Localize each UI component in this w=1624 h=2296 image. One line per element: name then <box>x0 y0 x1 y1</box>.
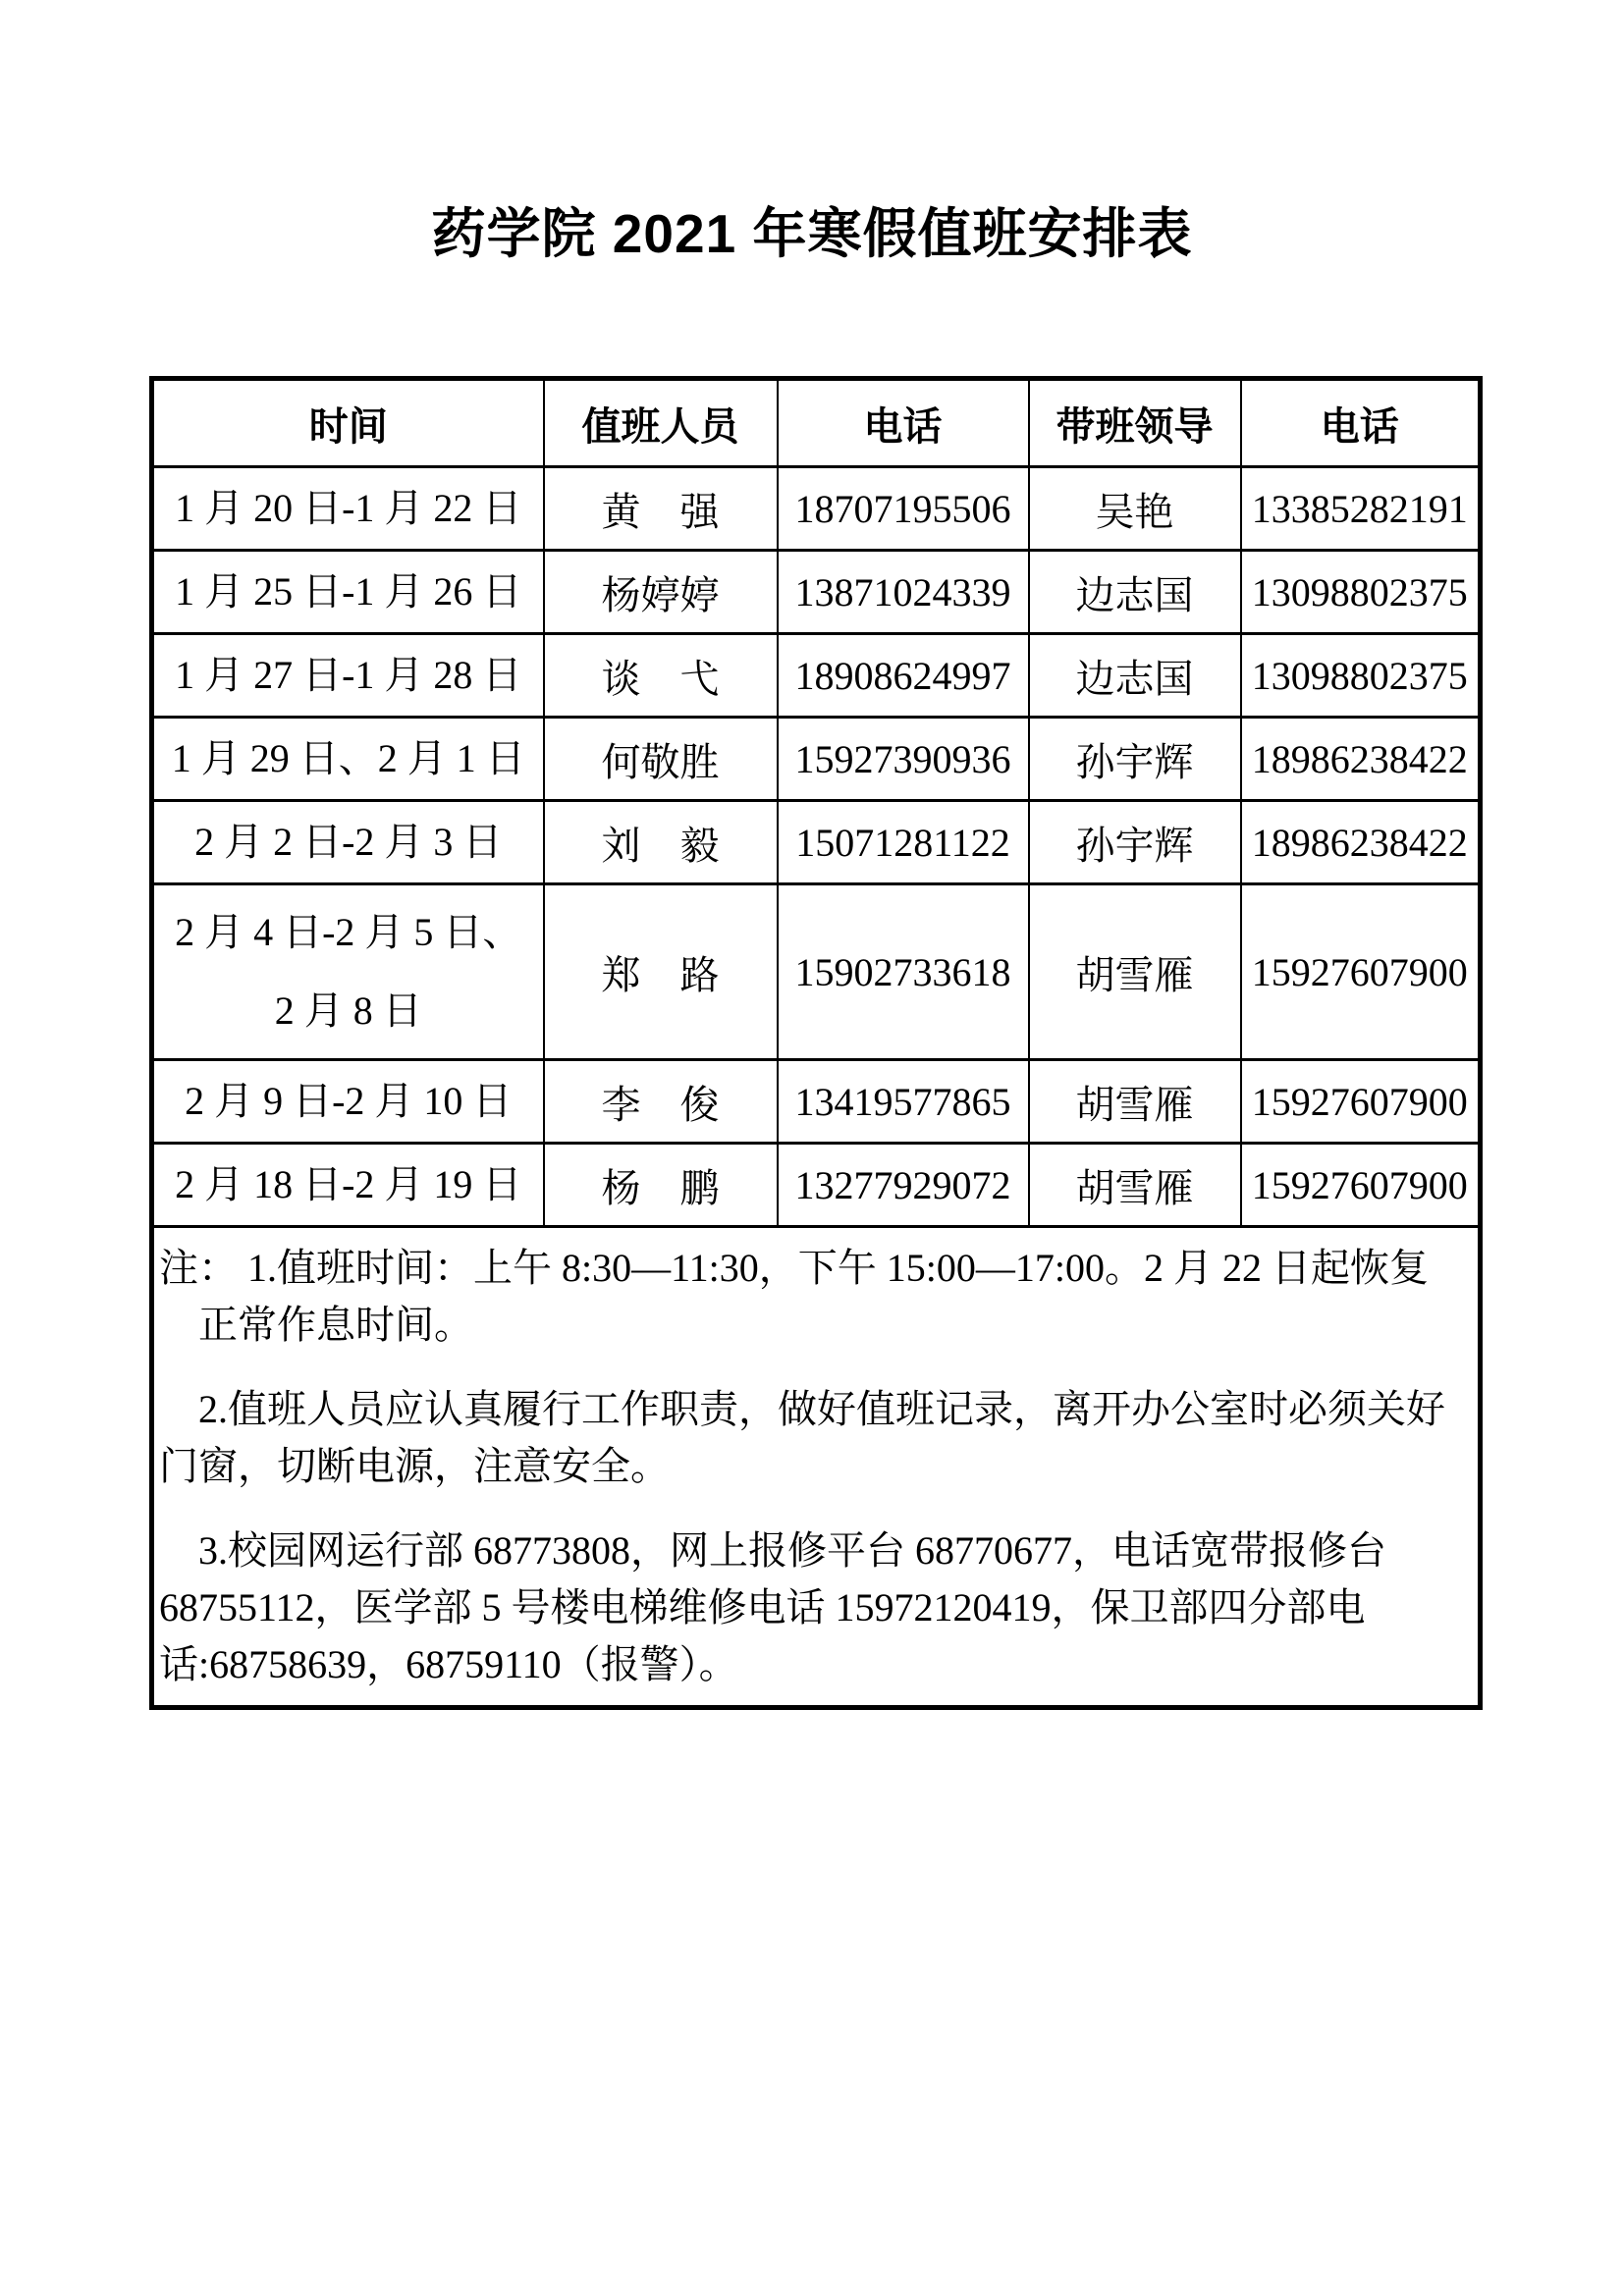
note-service-phones: 3.校园网运行部 68773808，网上报修平台 68770677，电话宽带报修… <box>159 1522 1468 1693</box>
table-row: 2 月 9 日-2 月 10 日 李 俊 13419577865 胡雪雁 159… <box>152 1060 1481 1144</box>
duty-phone-cell: 15071281122 <box>778 801 1029 884</box>
duty-date-cell: 2 月 18 日-2 月 19 日 <box>152 1144 544 1227</box>
duty-phone-cell: 13277929072 <box>778 1144 1029 1227</box>
duty-person-cell: 何敬胜 <box>544 718 778 801</box>
leader-cell: 孙宇辉 <box>1029 718 1241 801</box>
table-row: 1 月 25 日-1 月 26 日 杨婷婷 13871024339 边志国 13… <box>152 551 1481 634</box>
duty-phone-cell: 13419577865 <box>778 1060 1029 1144</box>
header-duty-person: 值班人员 <box>544 379 778 467</box>
duty-person-cell: 李 俊 <box>544 1060 778 1144</box>
note-duty-hours: 注： 1.值班时间：上午 8:30—11:30，下午 15:00—17:00。2… <box>159 1240 1468 1354</box>
table-row: 1 月 29 日、2 月 1 日 何敬胜 15927390936 孙宇辉 189… <box>152 718 1481 801</box>
leader-cell: 边志国 <box>1029 551 1241 634</box>
duty-date-cell: 2 月 2 日-2 月 3 日 <box>152 801 544 884</box>
table-header: 时间 值班人员 电话 带班领导 电话 <box>152 379 1481 467</box>
duty-phone-cell: 18707195506 <box>778 467 1029 551</box>
leader-cell: 孙宇辉 <box>1029 801 1241 884</box>
duty-date-cell: 1 月 27 日-1 月 28 日 <box>152 634 544 718</box>
leader-phone-cell: 13385282191 <box>1241 467 1481 551</box>
leader-phone-cell: 18986238422 <box>1241 801 1481 884</box>
duty-schedule-table: 时间 值班人员 电话 带班领导 电话 1 月 20 日-1 月 22 日 黄 强… <box>149 376 1483 1710</box>
document-page: 药学院 2021 年寒假值班安排表 时间 值班人员 电话 带班领导 电话 1 月… <box>0 0 1624 2296</box>
duty-person-cell: 郑 路 <box>544 884 778 1060</box>
table-row: 2 月 4 日-2 月 5 日、 2 月 8 日 郑 路 15902733618… <box>152 884 1481 1060</box>
leader-phone-cell: 13098802375 <box>1241 551 1481 634</box>
duty-person-cell: 杨婷婷 <box>544 551 778 634</box>
notes-cell: 注： 1.值班时间：上午 8:30—11:30，下午 15:00—17:00。2… <box>152 1227 1481 1708</box>
duty-phone-cell: 18908624997 <box>778 634 1029 718</box>
notes-row: 注： 1.值班时间：上午 8:30—11:30，下午 15:00—17:00。2… <box>152 1227 1481 1708</box>
header-row: 时间 值班人员 电话 带班领导 电话 <box>152 379 1481 467</box>
leader-phone-cell: 15927607900 <box>1241 1060 1481 1144</box>
leader-phone-cell: 18986238422 <box>1241 718 1481 801</box>
leader-cell: 边志国 <box>1029 634 1241 718</box>
leader-cell: 胡雪雁 <box>1029 884 1241 1060</box>
leader-cell: 胡雪雁 <box>1029 1144 1241 1227</box>
duty-person-cell: 黄 强 <box>544 467 778 551</box>
table-row: 2 月 18 日-2 月 19 日 杨 鹏 13277929072 胡雪雁 15… <box>152 1144 1481 1227</box>
duty-person-cell: 杨 鹏 <box>544 1144 778 1227</box>
leader-phone-cell: 15927607900 <box>1241 884 1481 1060</box>
header-leader: 带班领导 <box>1029 379 1241 467</box>
duty-date-cell: 1 月 29 日、2 月 1 日 <box>152 718 544 801</box>
header-time: 时间 <box>152 379 544 467</box>
duty-phone-cell: 13871024339 <box>778 551 1029 634</box>
header-phone: 电话 <box>778 379 1029 467</box>
duty-person-cell: 谈 弋 <box>544 634 778 718</box>
document-title: 药学院 2021 年寒假值班安排表 <box>0 0 1624 266</box>
leader-cell: 吴艳 <box>1029 467 1241 551</box>
duty-phone-cell: 15927390936 <box>778 718 1029 801</box>
duty-date-cell: 2 月 4 日-2 月 5 日、 2 月 8 日 <box>152 884 544 1060</box>
duty-date-cell: 1 月 20 日-1 月 22 日 <box>152 467 544 551</box>
leader-phone-cell: 13098802375 <box>1241 634 1481 718</box>
table-row: 2 月 2 日-2 月 3 日 刘 毅 15071281122 孙宇辉 1898… <box>152 801 1481 884</box>
table-row: 1 月 27 日-1 月 28 日 谈 弋 18908624997 边志国 13… <box>152 634 1481 718</box>
note-duty-responsibilities: 2.值班人员应认真履行工作职责，做好值班记录，离开办公室时必须关好 门窗，切断电… <box>159 1381 1468 1495</box>
table-row: 1 月 20 日-1 月 22 日 黄 强 18707195506 吴艳 133… <box>152 467 1481 551</box>
duty-phone-cell: 15902733618 <box>778 884 1029 1060</box>
table-body: 1 月 20 日-1 月 22 日 黄 强 18707195506 吴艳 133… <box>152 467 1481 1708</box>
leader-phone-cell: 15927607900 <box>1241 1144 1481 1227</box>
header-leader-phone: 电话 <box>1241 379 1481 467</box>
duty-person-cell: 刘 毅 <box>544 801 778 884</box>
duty-date-cell: 2 月 9 日-2 月 10 日 <box>152 1060 544 1144</box>
leader-cell: 胡雪雁 <box>1029 1060 1241 1144</box>
duty-date-cell: 1 月 25 日-1 月 26 日 <box>152 551 544 634</box>
